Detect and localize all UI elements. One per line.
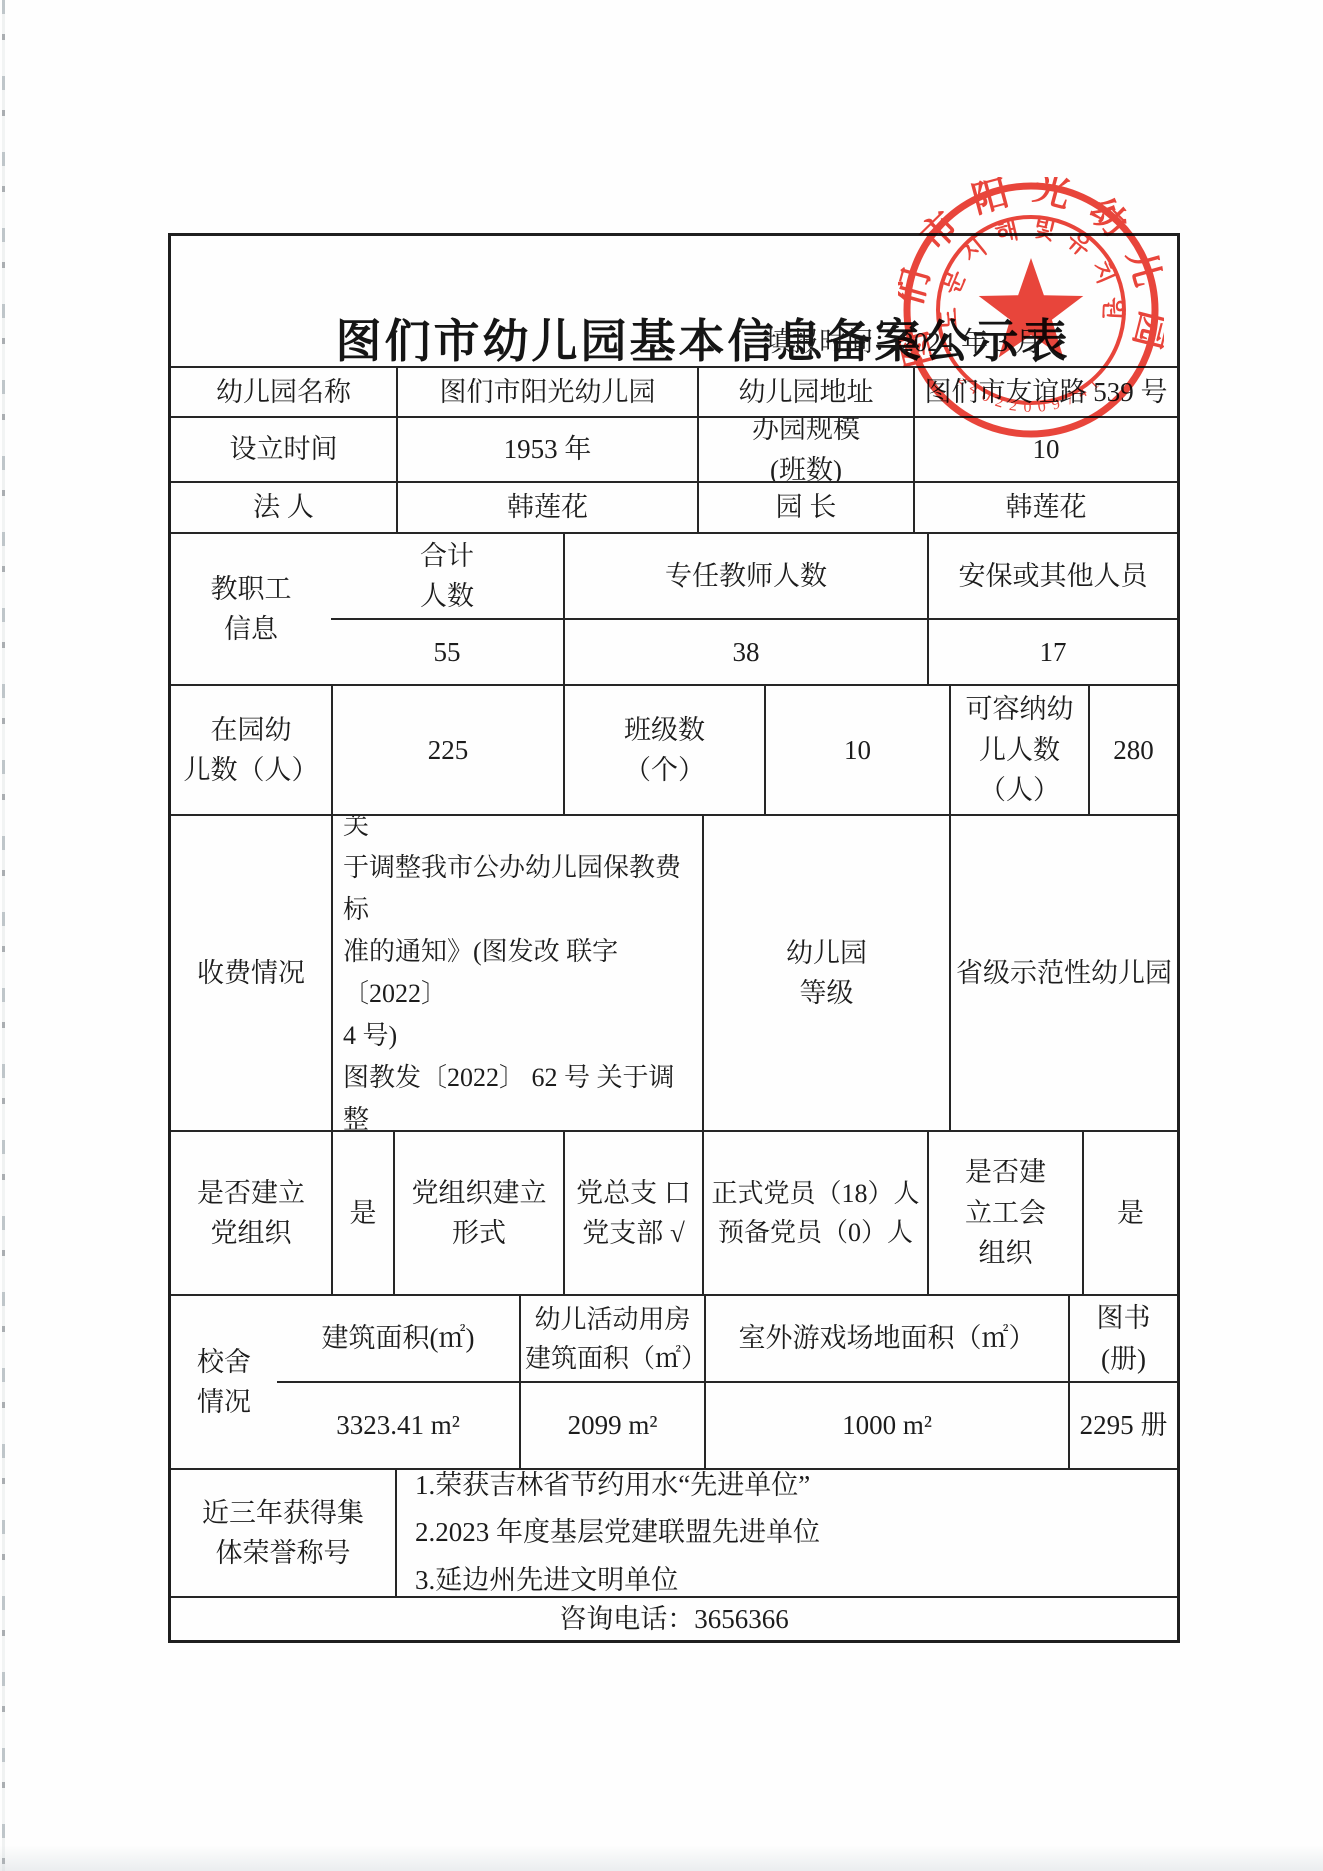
building-area-label: 建筑面积(㎡) — [277, 1296, 519, 1381]
staff-section-label: 教职工 信息 — [171, 534, 331, 684]
outdoor-area-label: 室外游戏场地面积（㎡） — [704, 1296, 1068, 1381]
scanner-bottom-shade — [0, 1845, 1323, 1871]
union-established-label: 是否建 立工会 组织 — [927, 1132, 1082, 1294]
party-form-label: 党组织建立 形式 — [393, 1132, 563, 1294]
staff-security-label: 安保或其他人员 — [927, 534, 1177, 618]
union-established-value: 是 — [1082, 1132, 1177, 1294]
children-count-label: 在园幼 儿数（人） — [171, 686, 331, 814]
founded-value: 1953 年 — [396, 418, 697, 481]
fees-row: 收费情况 保教费：350 元/月 伙食费：12 元/月 《图们市发展改革局 财政… — [171, 814, 1177, 1130]
fees-section-label: 收费情况 — [171, 816, 331, 1130]
grade-value: 省级示范性幼儿园 — [949, 816, 1177, 1130]
staff-teachers-label: 专任教师人数 — [563, 534, 927, 618]
building-area-value: 3323.41 m² — [277, 1383, 519, 1468]
staff-teachers-value: 38 — [563, 620, 927, 684]
scale-value: 10 — [913, 418, 1177, 481]
activity-area-value: 2099 m² — [519, 1383, 704, 1468]
staff-total-value: 55 — [331, 620, 563, 684]
staff-security-value: 17 — [927, 620, 1177, 684]
children-count-value: 225 — [331, 686, 563, 814]
honors-section-label: 近三年获得集 体荣誉称号 — [171, 1470, 395, 1596]
party-row: 是否建立 党组织 是 党组织建立 形式 党总支 口 党支部 √ 正式党员（18）… — [171, 1130, 1177, 1294]
fees-policy-text: 《图们市发展改革局 财政局 关 于调整我市公办幼儿园保教费标 准的通知》(图发改… — [343, 816, 692, 1130]
premises-section-label: 校舍 情况 — [171, 1296, 277, 1468]
kindergarten-name-label: 幼儿园名称 — [171, 368, 396, 416]
books-label: 图书 (册) — [1068, 1296, 1177, 1381]
party-members-value: 正式党员（18）人 预备党员（0）人 — [702, 1132, 927, 1294]
activity-area-label: 幼儿活动用房 建筑面积（㎡） — [519, 1296, 704, 1381]
legal-person-value: 韩莲花 — [396, 483, 697, 532]
books-value: 2295 册 — [1068, 1383, 1177, 1468]
premises-section: 校舍 情况 建筑面积(㎡) 幼儿活动用房 建筑面积（㎡） 室外游戏场地面积（㎡）… — [171, 1294, 1177, 1468]
staff-total-label: 合计 人数 — [331, 534, 563, 618]
class-count-label: 班级数 （个） — [563, 686, 764, 814]
party-form-value: 党总支 口 党支部 √ — [563, 1132, 702, 1294]
scale-label: 办园规模 (班数) — [697, 418, 913, 481]
report-time-label: 填报时间： — [765, 327, 900, 357]
address-label: 幼儿园地址 — [697, 368, 913, 416]
capacity-value: 280 — [1088, 686, 1177, 814]
capacity-label: 可容纳幼 儿人数 （人） — [949, 686, 1088, 814]
staff-section: 教职工 信息 合计 人数 专任教师人数 安保或其他人员 55 38 17 — [171, 532, 1177, 684]
scanned-document-page: 图们市幼儿园基本信息备案公示表 填报时间：2024 年 3 月 幼儿园名称 图们… — [0, 0, 1323, 1871]
scanner-edge-artifact — [2, 0, 5, 1871]
report-time-value: 2024 年 3 月 — [900, 327, 1042, 357]
founded-label: 设立时间 — [171, 418, 396, 481]
principal-label: 园 长 — [697, 483, 913, 532]
grade-label: 幼儿园 等级 — [702, 816, 949, 1130]
record-table: 图们市幼儿园基本信息备案公示表 填报时间：2024 年 3 月 幼儿园名称 图们… — [168, 233, 1180, 1643]
party-established-label: 是否建立 党组织 — [171, 1132, 331, 1294]
outdoor-area-value: 1000 m² — [704, 1383, 1068, 1468]
legal-person-label: 法 人 — [171, 483, 396, 532]
enrollment-row: 在园幼 儿数（人） 225 班级数 （个） 10 可容纳幼 儿人数 （人） 28… — [171, 684, 1177, 814]
class-count-value: 10 — [764, 686, 949, 814]
report-time: 填报时间：2024 年 3 月 — [765, 322, 1042, 363]
honors-list: 1.荣获吉林省节约用水“先进单位” 2.2023 年度基层党建联盟先进单位 3.… — [395, 1470, 1177, 1596]
principal-value: 韩莲花 — [913, 483, 1177, 532]
address-value: 图们市友谊路 539 号 — [913, 368, 1177, 416]
kindergarten-name-value: 图们市阳光幼儿园 — [396, 368, 697, 416]
fees-detail: 保教费：350 元/月 伙食费：12 元/月 《图们市发展改革局 财政局 关 于… — [331, 816, 702, 1130]
title-block: 图们市幼儿园基本信息备案公示表 填报时间：2024 年 3 月 — [171, 236, 1177, 366]
party-established-value: 是 — [331, 1132, 393, 1294]
contact-phone: 咨询电话：3656366 — [171, 1598, 1177, 1640]
honors-row: 近三年获得集 体荣誉称号 1.荣获吉林省节约用水“先进单位” 2.2023 年度… — [171, 1468, 1177, 1596]
